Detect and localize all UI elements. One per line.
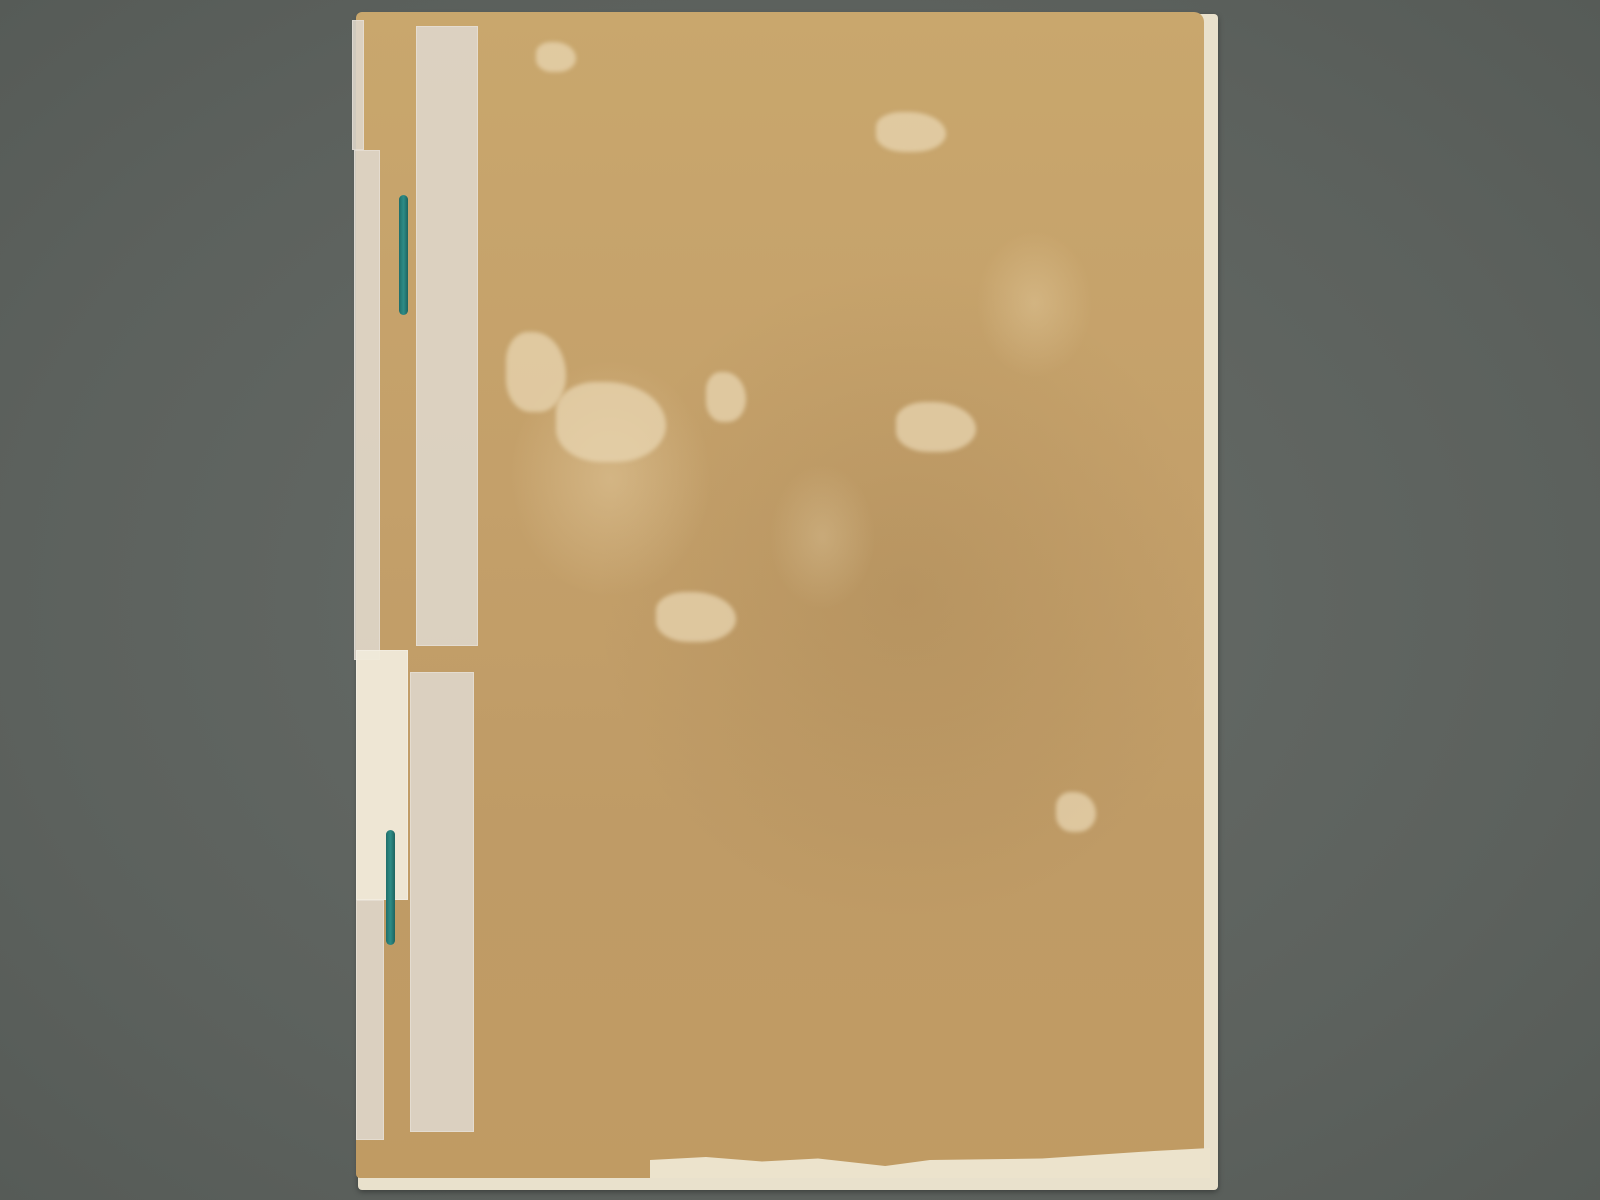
stain: [556, 382, 666, 462]
stain: [1056, 792, 1096, 832]
tape-strip: [410, 672, 474, 1132]
stain: [506, 332, 566, 412]
tape-strip: [352, 20, 364, 150]
book-cover: [356, 12, 1204, 1178]
binding-thread: [386, 830, 395, 945]
stain: [656, 592, 736, 642]
tape-strip: [356, 650, 408, 900]
binding-thread: [399, 195, 408, 315]
stain: [896, 402, 976, 452]
stain: [876, 112, 946, 152]
tape-strip: [356, 900, 384, 1140]
stain: [536, 42, 576, 72]
tape-strip: [354, 150, 380, 660]
stain: [706, 372, 746, 422]
tape-strip: [416, 26, 478, 646]
